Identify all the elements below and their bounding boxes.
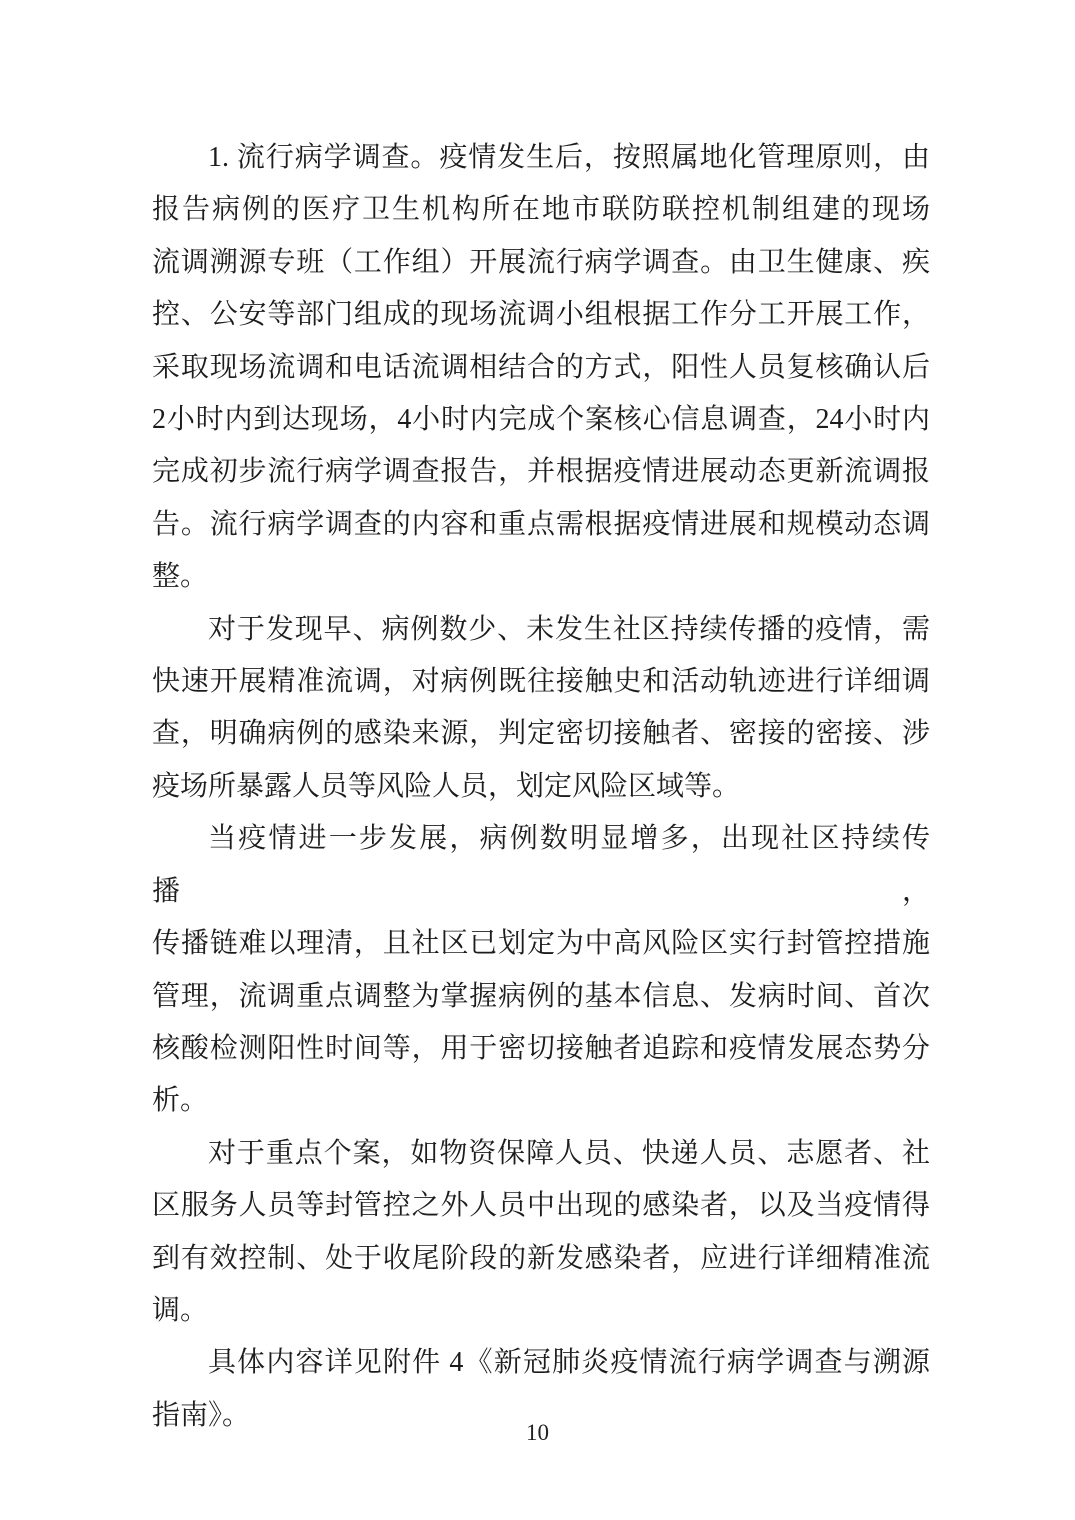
paragraph: 对于重点个案，如物资保障人员、快递人员、志愿者、社 区服务人员等封管控之外人员中… [152, 1128, 930, 1338]
text-line: 疫场所暴露人员等风险人员，划定风险区域等。 [152, 761, 930, 813]
text-block: 1. 流行病学调查。疫情发生后，按照属地化管理原则，由 报告病例的医疗卫生机构所… [152, 132, 930, 1442]
text-line: 查，明确病例的感染来源，判定密切接触者、密接的密接、涉 [152, 708, 930, 760]
paragraph: 对于发现早、病例数少、未发生社区持续传播的疫情，需 快速开展精准流调，对病例既往… [152, 604, 930, 814]
text-line: 2小时内到达现场，4小时内完成个案核心信息调查，24小时内 [152, 394, 930, 446]
text-line: 告。流行病学调查的内容和重点需根据疫情进展和规模动态调 [152, 499, 930, 551]
text-line: 控、公安等部门组成的现场流调小组根据工作分工开展工作， [152, 289, 930, 341]
document-page: { "document": { "page_number": "10", "pa… [0, 0, 1075, 1520]
text-line: 完成初步流行病学调查报告，并根据疫情进展动态更新流调报 [152, 446, 930, 498]
text-line: 整。 [152, 551, 930, 603]
text-line: 当疫情进一步发展，病例数明显增多，出现社区持续传播， [152, 813, 930, 918]
paragraph: 1. 流行病学调查。疫情发生后，按照属地化管理原则，由 报告病例的医疗卫生机构所… [152, 132, 930, 604]
text-line: 报告病例的医疗卫生机构所在地市联防联控机制组建的现场 [152, 184, 930, 236]
text-line: 快速开展精准流调，对病例既往接触史和活动轨迹进行详细调 [152, 656, 930, 708]
text-line: 到有效控制、处于收尾阶段的新发感染者，应进行详细精准流 [152, 1233, 930, 1285]
text-line: 流调溯源专班（工作组）开展流行病学调查。由卫生健康、疾 [152, 237, 930, 289]
text-line: 析。 [152, 1075, 930, 1127]
text-line: 调。 [152, 1285, 930, 1337]
text-line: 区服务人员等封管控之外人员中出现的感染者，以及当疫情得 [152, 1180, 930, 1232]
text-line: 核酸检测阳性时间等，用于密切接触者追踪和疫情发展态势分 [152, 1023, 930, 1075]
text-line: 管理，流调重点调整为掌握病例的基本信息、发病时间、首次 [152, 971, 930, 1023]
text-line: 传播链难以理清，且社区已划定为中高风险区实行封管控措施 [152, 918, 930, 970]
text-line: 采取现场流调和电话流调相结合的方式，阳性人员复核确认后 [152, 342, 930, 394]
text-line: 对于重点个案，如物资保障人员、快递人员、志愿者、社 [152, 1128, 930, 1180]
paragraph: 当疫情进一步发展，病例数明显增多，出现社区持续传播， 传播链难以理清，且社区已划… [152, 813, 930, 1127]
page-number: 10 [0, 1420, 1075, 1446]
text-line: 具体内容详见附件 4《新冠肺炎疫情流行病学调查与溯源 [152, 1337, 930, 1389]
text-line: 对于发现早、病例数少、未发生社区持续传播的疫情，需 [152, 604, 930, 656]
text-line: 1. 流行病学调查。疫情发生后，按照属地化管理原则，由 [152, 132, 930, 184]
